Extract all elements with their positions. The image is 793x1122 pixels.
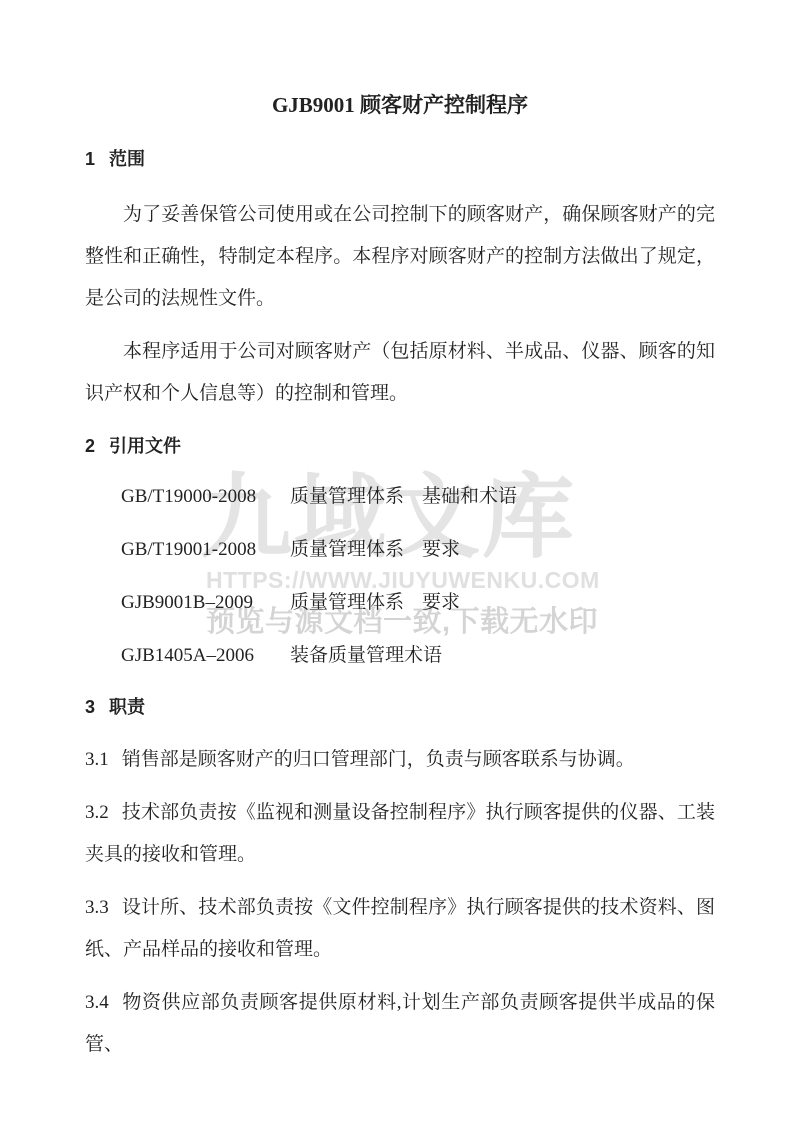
responsibility-number: 3.1 [85, 749, 109, 770]
section-3-label: 职责 [109, 697, 145, 717]
responsibility-text: 销售部是顾客财产的归口管理部门，负责与顾客联系与协调。 [122, 749, 635, 770]
reference-row: GB/T19000-2008 质量管理体系 基础和术语 [121, 476, 715, 518]
responsibility-number: 3.2 [85, 802, 109, 823]
reference-code: GB/T19001-2008 [121, 529, 290, 571]
reference-title: 装备质量管理术语 [290, 635, 442, 677]
section-2-heading: 2引用文件 [85, 433, 715, 459]
reference-subtitle: 要求 [422, 582, 460, 624]
document-page: 九域文库 HTTPS://WWW.JIUYUWENKU.COM 预览与源文档一致… [0, 0, 793, 1122]
section-1-number: 1 [85, 149, 95, 169]
reference-code: GJB9001B–2009 [121, 582, 290, 624]
reference-subtitle: 基础和术语 [422, 476, 517, 518]
reference-title: 质量管理体系 [290, 529, 404, 571]
section-2-number: 2 [85, 436, 95, 456]
responsibility-number: 3.3 [85, 897, 109, 918]
responsibility-item: 3.1销售部是顾客财产的归口管理部门，负责与顾客联系与协调。 [85, 739, 715, 781]
responsibility-item: 3.2技术部负责按《监视和测量设备控制程序》执行顾客提供的仪器、工装夹具的接收和… [85, 792, 715, 876]
responsibility-text: 技术部负责按《监视和测量设备控制程序》执行顾客提供的仪器、工装夹具的接收和管理。 [85, 802, 715, 865]
reference-code: GB/T19000-2008 [121, 476, 290, 518]
document-title: GJB9001 顾客财产控制程序 [85, 0, 715, 120]
section-3-number: 3 [85, 697, 95, 717]
section-1-label: 范围 [109, 149, 145, 169]
reference-row: GB/T19001-2008 质量管理体系 要求 [121, 529, 715, 571]
responsibility-item: 3.3设计所、技术部负责按《文件控制程序》执行顾客提供的技术资料、图纸、产品样品… [85, 887, 715, 971]
reference-subtitle: 要求 [422, 529, 460, 571]
responsibility-number: 3.4 [85, 992, 109, 1013]
responsibility-text: 物资供应部负责顾客提供原材料,计划生产部负责顾客提供半成品的保管、 [85, 992, 715, 1055]
reference-title: 质量管理体系 [290, 476, 404, 518]
section-3-heading: 3职责 [85, 694, 715, 720]
scope-paragraph-1: 为了妥善保管公司使用或在公司控制下的顾客财产，确保顾客财产的完整性和正确性，特制… [85, 194, 715, 320]
section-2-label: 引用文件 [109, 436, 181, 456]
reference-row: GJB9001B–2009 质量管理体系 要求 [121, 582, 715, 624]
reference-row: GJB1405A–2006 装备质量管理术语 [121, 635, 715, 677]
section-1-heading: 1范围 [85, 146, 715, 172]
document-content: GJB9001 顾客财产控制程序 1范围 为了妥善保管公司使用或在公司控制下的顾… [0, 0, 793, 1066]
responsibility-text: 设计所、技术部负责按《文件控制程序》执行顾客提供的技术资料、图纸、产品样品的接收… [85, 897, 715, 960]
responsibility-item: 3.4物资供应部负责顾客提供原材料,计划生产部负责顾客提供半成品的保管、 [85, 982, 715, 1066]
reference-title: 质量管理体系 [290, 582, 404, 624]
reference-code: GJB1405A–2006 [121, 635, 290, 677]
scope-paragraph-2: 本程序适用于公司对顾客财产（包括原材料、半成品、仪器、顾客的知识产权和个人信息等… [85, 331, 715, 415]
reference-list: GB/T19000-2008 质量管理体系 基础和术语 GB/T19001-20… [85, 476, 715, 677]
